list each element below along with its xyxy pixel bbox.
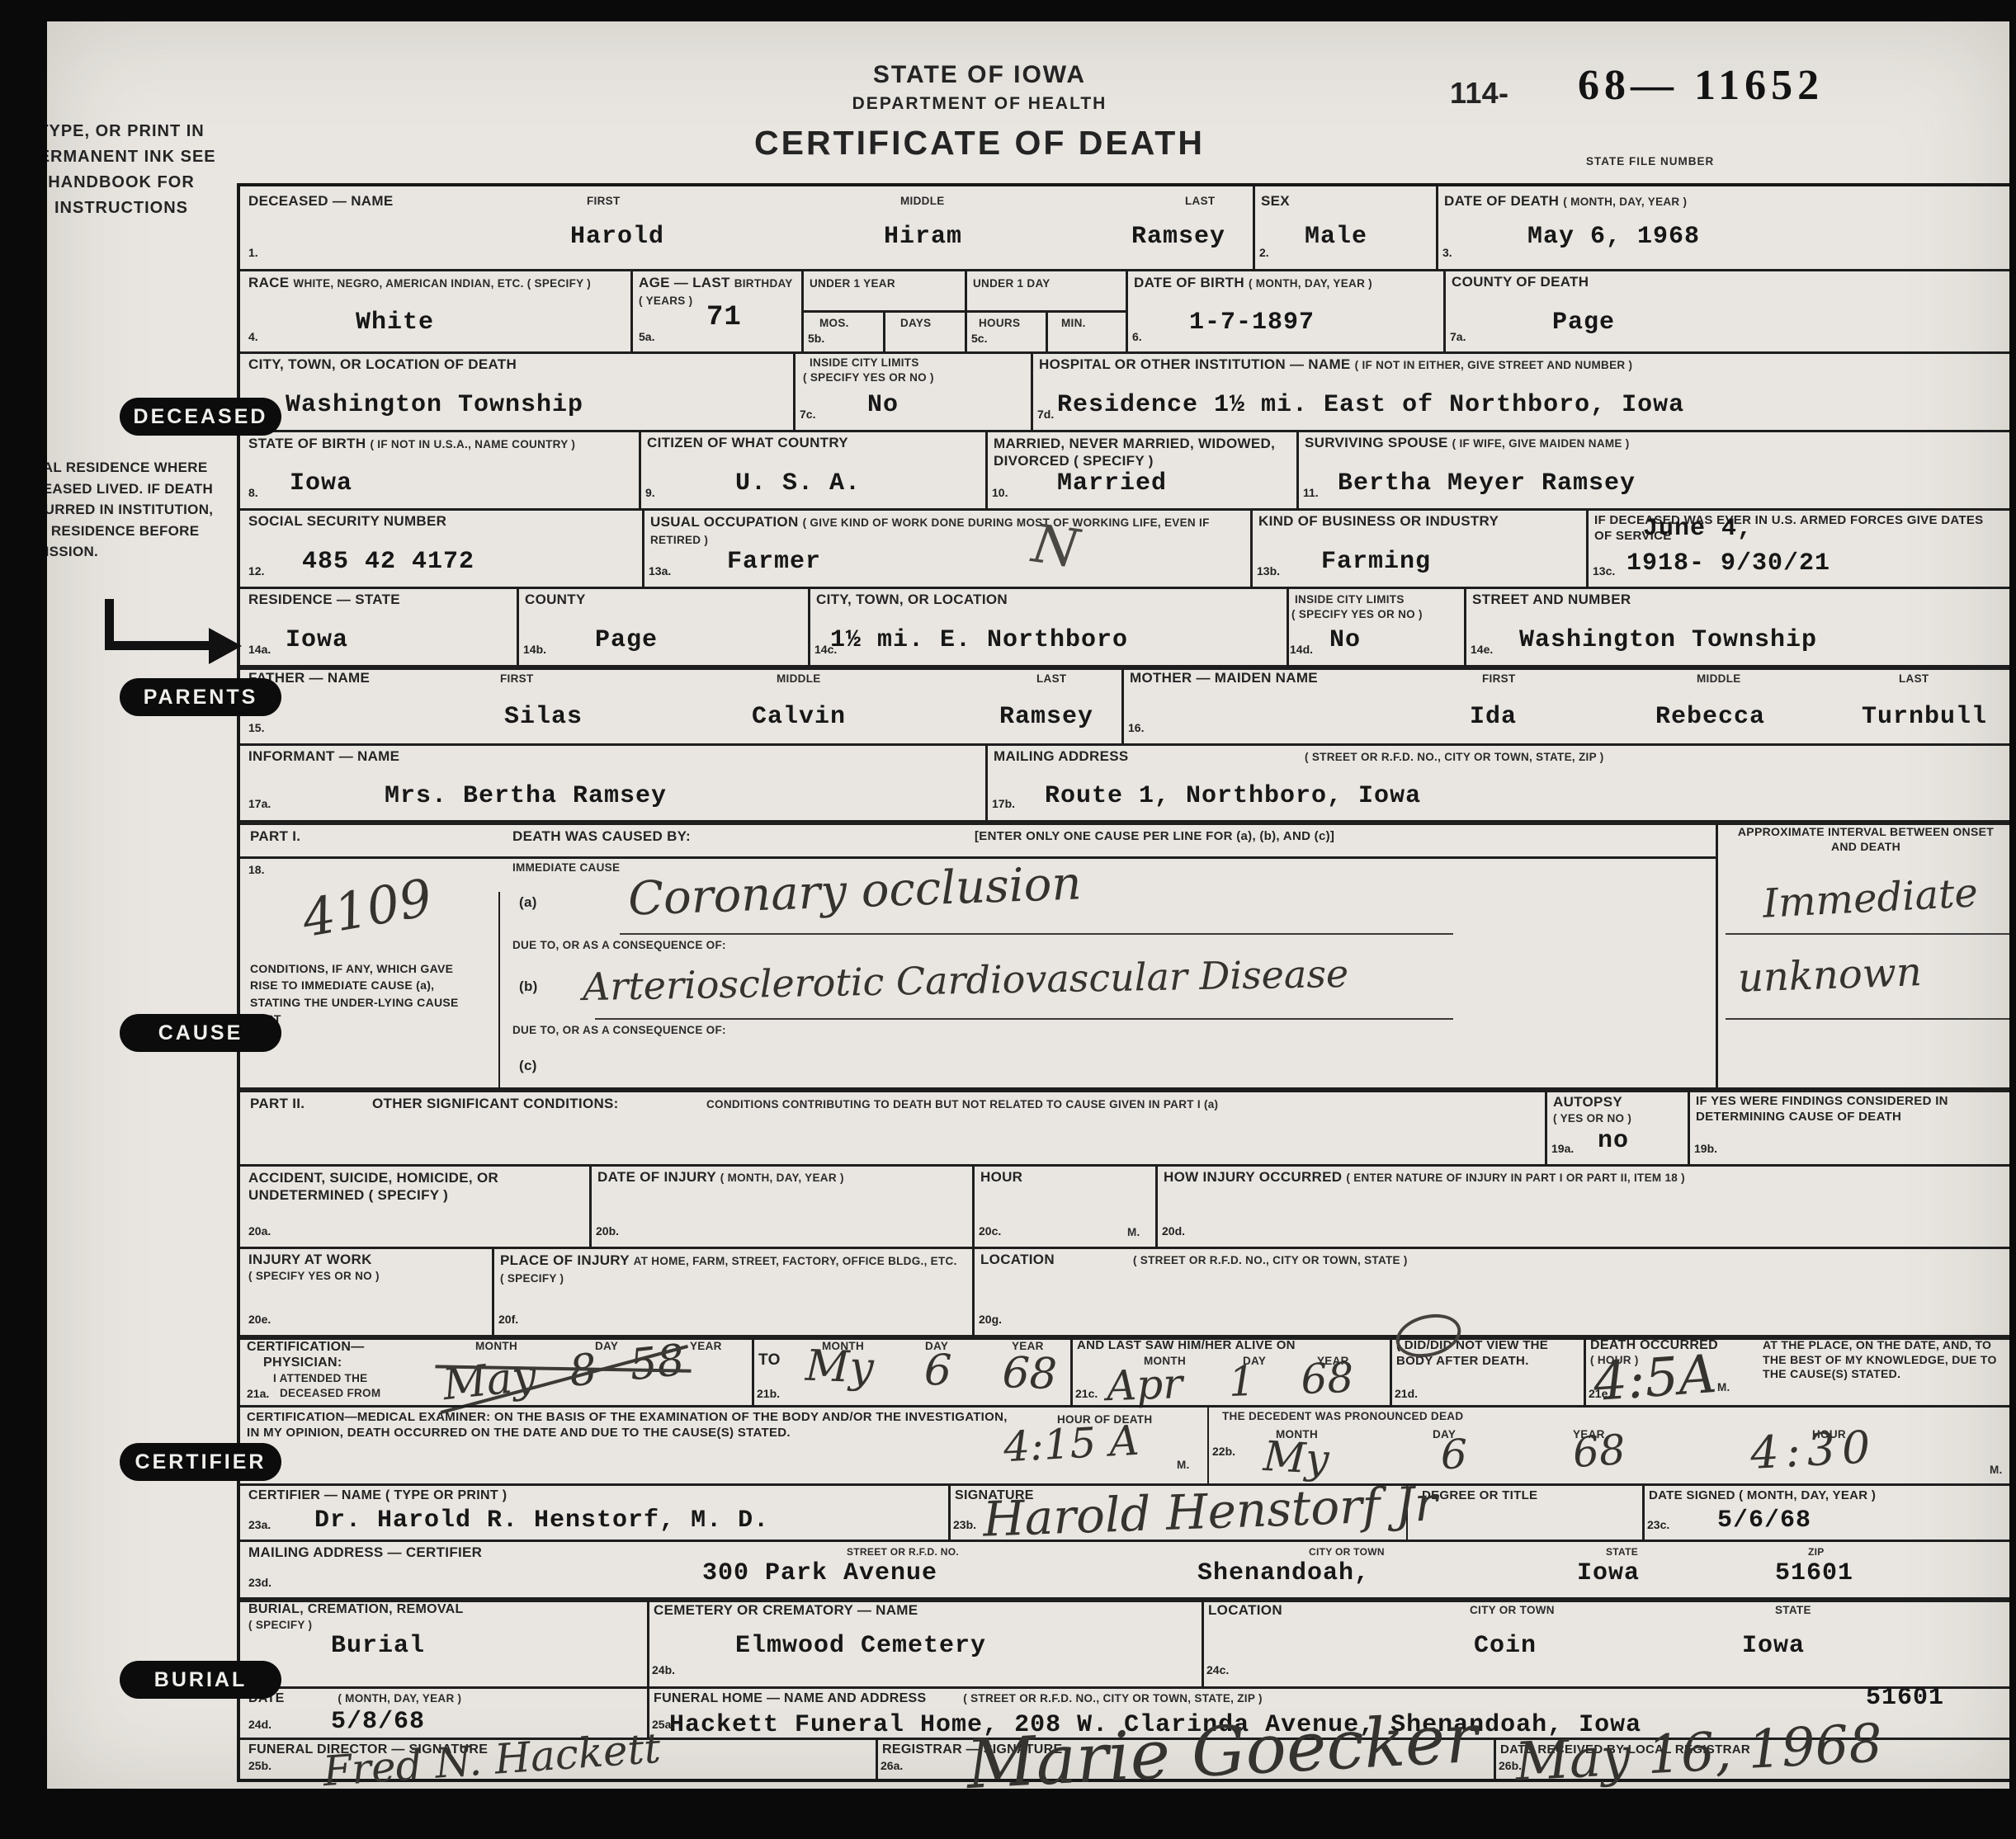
- field-number: 21c.: [1075, 1387, 1098, 1400]
- pronounced-month-value: My: [1263, 1432, 1330, 1483]
- state-header: STATE: [1775, 1604, 1811, 1616]
- disposition-value: Burial: [331, 1632, 425, 1660]
- tab-burial: BURIAL: [120, 1661, 281, 1699]
- hospital-sublabel: ( IF NOT IN EITHER, GIVE STREET AND NUMB…: [1355, 359, 1633, 371]
- mother-middle: Rebecca: [1655, 703, 1765, 731]
- pronounced-dead-label: THE DECEDENT WAS PRONOUNCED DEAD: [1222, 1410, 1463, 1422]
- pronounced-year-value: 68: [1571, 1426, 1627, 1477]
- deceased-last-name: Ramsey: [1131, 223, 1225, 251]
- father-first: Silas: [504, 703, 583, 731]
- divider: [1031, 351, 1033, 430]
- city-header: CITY OR TOWN: [1309, 1546, 1385, 1558]
- residence-city-value: 1½ mi. E. Northboro: [830, 626, 1128, 654]
- scanned-death-certificate: STATE OF IOWA DEPARTMENT OF HEALTH CERTI…: [0, 0, 2016, 1839]
- cemetery-city-value: Coin: [1474, 1632, 1537, 1660]
- autopsy-value: no: [1598, 1127, 1629, 1155]
- city-of-death-label: CITY, TOWN, OR LOCATION OF DEATH: [248, 356, 517, 373]
- divider: [240, 856, 1716, 859]
- funeral-home-sublabel: ( STREET OR R.F.D. NO., CITY OR TOWN, ST…: [963, 1692, 1263, 1705]
- place-of-injury-label: PLACE OF INJURY AT HOME, FARM, STREET, F…: [500, 1252, 962, 1287]
- field-number: 21e.: [1589, 1387, 1611, 1400]
- divider: [1126, 269, 1128, 351]
- certificate-paper: STATE OF IOWA DEPARTMENT OF HEALTH CERTI…: [47, 21, 2009, 1789]
- field-number: 17a.: [248, 797, 271, 810]
- how-injury-label: HOW INJURY OCCURRED ( ENTER NATURE OF IN…: [1164, 1169, 1685, 1186]
- inside-city-limits-sublabel: ( SPECIFY YES OR NO ): [803, 371, 934, 384]
- divider: [1121, 665, 1124, 743]
- last-saw-alive-label: AND LAST SAW HIM/HER ALIVE ON: [1077, 1338, 1382, 1354]
- certifier-address-label: MAILING ADDRESS — CERTIFIER: [248, 1544, 482, 1561]
- part1-heading: DEATH WAS CAUSED BY:: [512, 828, 691, 845]
- state-of-birth-sublabel: ( IF NOT IN U.S.A., NAME COUNTRY ): [370, 438, 575, 450]
- field-number: 20e.: [248, 1313, 271, 1326]
- divider: [240, 1597, 2013, 1602]
- due-to-label: DUE TO, OR AS A CONSEQUENCE OF:: [512, 939, 726, 951]
- date-of-birth-label: DATE OF BIRTH ( MONTH, DAY, YEAR ): [1134, 274, 1431, 291]
- cause-c-marker: (c): [519, 1058, 537, 1074]
- cemetery-location-label: LOCATION: [1208, 1602, 1282, 1619]
- divider: [589, 1164, 592, 1247]
- field-number: 9.: [645, 486, 655, 499]
- residence-limits-value: No: [1329, 626, 1361, 654]
- part2-label: PART II.: [250, 1096, 305, 1112]
- mother-first: Ida: [1470, 703, 1517, 731]
- first-header: FIRST: [587, 195, 621, 207]
- degree-or-title-label: DEGREE OR TITLE: [1422, 1488, 1537, 1502]
- cause-a-value: Coronary occlusion: [627, 856, 1082, 926]
- date-of-death-label-text: DATE OF DEATH: [1444, 193, 1559, 209]
- scan-edge-right: [2009, 0, 2016, 1839]
- divider: [801, 310, 1126, 313]
- field-number: 23d.: [248, 1576, 271, 1589]
- informant-label: INFORMANT — NAME: [248, 748, 399, 765]
- residence-street-label: STREET AND NUMBER: [1472, 592, 1631, 608]
- divider: [240, 587, 2013, 589]
- deceased-first-name: Harold: [570, 223, 664, 251]
- certifier-signature: Harold Henstorf Jr: [982, 1475, 1438, 1547]
- residence-street-value: Washington Township: [1519, 626, 1817, 654]
- cause-a-marker: (a): [519, 894, 537, 911]
- pronounced-hour-value: 4:30: [1749, 1421, 1877, 1479]
- residence-county-label: COUNTY: [525, 592, 586, 608]
- first-header: FIRST: [1482, 672, 1516, 685]
- divider: [1545, 1087, 1547, 1164]
- field-number: 14e.: [1471, 643, 1493, 656]
- autopsy-sublabel: ( YES OR NO ): [1553, 1112, 1631, 1125]
- county-of-death-value: Page: [1552, 309, 1615, 337]
- date-of-death-value: May 6, 1968: [1527, 223, 1700, 251]
- hospital-label-text: HOSPITAL OR OTHER INSTITUTION — NAME: [1039, 356, 1351, 372]
- pronounced-day-value: 6: [1441, 1431, 1467, 1478]
- residence-state-value: Iowa: [286, 626, 348, 654]
- zip-header: ZIP: [1808, 1546, 1825, 1558]
- field-number: 5b.: [808, 332, 824, 345]
- occupation-label: USUAL OCCUPATION ( GIVE KIND OF WORK DON…: [650, 513, 1228, 549]
- divider: [972, 1164, 975, 1247]
- field-number: 2.: [1259, 246, 1269, 259]
- department-heading: DEPARTMENT OF HEALTH: [748, 94, 1211, 114]
- middle-header: MIDDLE: [777, 672, 821, 685]
- attended-label2: DECEASED FROM: [280, 1387, 380, 1399]
- armed-forces-value-top: June 4,: [1643, 515, 1753, 543]
- field-number: 14c.: [814, 643, 837, 656]
- divider: [240, 351, 2013, 354]
- tab-parents: PARENTS: [120, 678, 281, 716]
- divider: [808, 587, 810, 665]
- surviving-spouse-label: SURVIVING SPOUSE ( IF WIFE, GIVE MAIDEN …: [1305, 435, 1630, 451]
- age-value: 71: [706, 302, 742, 333]
- certificate-form: DECEASED — NAME FIRST MIDDLE LAST 1. Har…: [237, 183, 2016, 1782]
- min-header: MIN.: [1061, 317, 1086, 329]
- to-label: TO: [758, 1351, 781, 1370]
- state-of-birth-label-text: STATE OF BIRTH: [248, 436, 366, 451]
- cemetery-label: CEMETERY OR CREMATORY — NAME: [654, 1602, 918, 1619]
- disposition-sublabel: ( SPECIFY ): [248, 1619, 312, 1631]
- hospital-label: HOSPITAL OR OTHER INSTITUTION — NAME ( I…: [1039, 356, 1632, 373]
- attended-label: I ATTENDED THE: [273, 1372, 367, 1384]
- injury-location-sublabel: ( STREET OR R.F.D. NO., CITY OR TOWN, ST…: [1133, 1254, 1408, 1266]
- field-number: 23b.: [953, 1518, 976, 1531]
- divider: [240, 743, 2013, 746]
- death-occurred-hour-value: 4:5A: [1592, 1344, 1719, 1413]
- divider: [240, 1405, 2013, 1408]
- field-number: 7a.: [1450, 330, 1466, 343]
- divider: [985, 743, 988, 820]
- middle-header: MIDDLE: [1697, 672, 1741, 685]
- deceased-middle-name: Hiram: [884, 223, 962, 251]
- scan-edge-top: [0, 0, 2016, 21]
- divider: [1390, 1335, 1392, 1405]
- meridiem-label: M.: [1127, 1226, 1140, 1238]
- accident-label: ACCIDENT, SUICIDE, HOMICIDE, OR UNDETERM…: [248, 1169, 578, 1205]
- cemetery-value: Elmwood Cemetery: [735, 1632, 986, 1660]
- hour-of-death-value: 4:15 A: [1003, 1417, 1140, 1472]
- date-of-birth-value: 1-7-1897: [1189, 309, 1315, 337]
- marital-status-label: MARRIED, NEVER MARRIED, WIDOWED, DIVORCE…: [994, 435, 1282, 470]
- cause-b-marker: (b): [519, 978, 538, 995]
- divider: [642, 508, 644, 587]
- field-number: 20g.: [979, 1313, 1002, 1326]
- physician-cert-label: CERTIFICATION—: [247, 1340, 365, 1355]
- days-header: DAYS: [900, 317, 931, 329]
- field-number: 25b.: [248, 1759, 271, 1772]
- certificate-title: CERTIFICATE OF DEATH: [699, 124, 1260, 163]
- scan-edge-bottom: [0, 1789, 2016, 1839]
- divider: [1642, 1483, 1645, 1540]
- interval-b-value: unknown: [1737, 949, 1923, 1002]
- divider: [639, 430, 641, 508]
- last-header: LAST: [1036, 672, 1066, 685]
- divider: [1716, 820, 1718, 1087]
- hours-header: HOURS: [979, 317, 1020, 329]
- armed-forces-value-bottom: 1918- 9/30/21: [1626, 549, 1830, 578]
- date-of-birth-sublabel: ( MONTH, DAY, YEAR ): [1249, 277, 1372, 290]
- under-1-year-label: UNDER 1 YEAR: [810, 277, 895, 290]
- divider: [1726, 1018, 2013, 1020]
- injury-hour-label: HOUR: [980, 1169, 1022, 1186]
- divider: [1070, 1335, 1073, 1405]
- field-number: 7c.: [800, 408, 815, 421]
- funeral-home-label-text: FUNERAL HOME — NAME AND ADDRESS: [654, 1691, 927, 1705]
- divider: [985, 430, 988, 508]
- injury-date-label: DATE OF INJURY ( MONTH, DAY, YEAR ): [597, 1169, 844, 1186]
- certifier-street-value: 300 Park Avenue: [702, 1559, 937, 1587]
- year-header: YEAR: [690, 1340, 722, 1352]
- divider: [1584, 1335, 1586, 1405]
- residence-arrow-shaft: [105, 641, 212, 650]
- certifier-name-value: Dr. Harold R. Henstorf, M. D.: [314, 1507, 769, 1535]
- divider: [876, 1738, 878, 1779]
- autopsy-findings-label: IF YES WERE FINDINGS CON­SIDERED IN DETE…: [1696, 1094, 2005, 1125]
- tab-cause: CAUSE: [120, 1014, 281, 1052]
- field-number: 17b.: [992, 797, 1015, 810]
- interval-label: APPROXIMATE INTERVAL BETWEEN ONSET AND D…: [1726, 825, 2006, 854]
- injury-date-sublabel: ( MONTH, DAY, YEAR ): [720, 1172, 844, 1184]
- part1-note: [ENTER ONLY ONE CAUSE PER LINE FOR (a), …: [975, 829, 1334, 843]
- field-number: 21d.: [1395, 1387, 1418, 1400]
- divider: [595, 1018, 1453, 1020]
- age-label-text: AGE — LAST: [639, 275, 730, 290]
- burial-date-value: 5/8/68: [331, 1708, 425, 1736]
- surviving-spouse-value: Bertha Meyer Ramsey: [1338, 469, 1636, 497]
- field-number: 13a.: [649, 564, 671, 578]
- part2-heading: OTHER SIGNIFICANT CONDITIONS:: [372, 1096, 619, 1112]
- field-number: 19b.: [1694, 1142, 1717, 1155]
- divider: [1726, 933, 2013, 935]
- field-number: 18.: [248, 863, 264, 876]
- part1-conditions-note: CONDITIONS, IF ANY, WHICH GAVE RISE TO I…: [250, 960, 481, 1027]
- field-number: 23a.: [248, 1518, 271, 1531]
- field-number: 10.: [992, 486, 1008, 499]
- field-number: 20d.: [1162, 1224, 1185, 1238]
- field-number: 7d.: [1037, 408, 1054, 421]
- attended-to-value: My 6 68: [805, 1342, 1058, 1400]
- divider: [883, 310, 885, 351]
- field-number: 13c.: [1593, 564, 1615, 578]
- date-of-birth-label-text: DATE OF BIRTH: [1134, 275, 1244, 290]
- divider: [240, 1335, 2013, 1340]
- injury-at-work-label: INJURY AT WORK: [248, 1252, 372, 1268]
- field-number: 21a.: [247, 1387, 269, 1400]
- divider: [793, 351, 796, 430]
- race-value: White: [356, 309, 434, 337]
- inside-city-limits-label: INSIDE CITY LIMITS: [810, 356, 919, 369]
- surviving-spouse-sublabel: ( IF WIFE, GIVE MAIDEN NAME ): [1452, 437, 1630, 450]
- part2-note: CONDITIONS CONTRIBUTING TO DEATH BUT NOT…: [706, 1098, 1218, 1110]
- divider: [1443, 269, 1446, 351]
- sex-label: SEX: [1261, 193, 1290, 210]
- state-of-birth-value: Iowa: [290, 469, 352, 497]
- deceased-name-label: DECEASED — NAME: [248, 193, 393, 210]
- certifier-zip-value: 51601: [1775, 1559, 1853, 1587]
- citizen-value: U. S. A.: [735, 469, 861, 497]
- handwritten-code: 4109: [298, 867, 437, 949]
- cause-b-value: Arteriosclerotic Cardiovascular Disease: [583, 951, 1349, 1009]
- divider: [240, 1247, 2013, 1249]
- meridiem-label: M.: [1717, 1381, 1730, 1393]
- divider: [1586, 508, 1589, 587]
- field-number: 11.: [1303, 486, 1319, 499]
- residence-county-value: Page: [595, 626, 658, 654]
- divider: [1155, 1164, 1158, 1247]
- injury-at-work-sublabel: ( SPECIFY YES OR NO ): [248, 1270, 380, 1282]
- divider: [517, 587, 519, 665]
- residence-limits-label: INSIDE CITY LIMITS: [1295, 593, 1405, 606]
- autopsy-label: AUTOPSY: [1553, 1094, 1622, 1110]
- last-saw-alive-value: Apr 1 68: [1106, 1354, 1354, 1410]
- under-1-day-label: UNDER 1 DAY: [973, 277, 1050, 290]
- part1-label: PART I.: [250, 828, 300, 845]
- divider: [240, 1164, 2013, 1167]
- divider: [965, 269, 967, 351]
- interval-a-value: Immediate: [1762, 870, 1979, 927]
- divider: [240, 665, 2013, 670]
- date-of-death-label: DATE OF DEATH ( MONTH, DAY, YEAR ): [1444, 193, 1687, 210]
- divider: [240, 820, 2013, 825]
- race-label-text: RACE: [248, 275, 289, 290]
- state-of-birth-label: STATE OF BIRTH ( IF NOT IN U.S.A., NAME …: [248, 435, 628, 452]
- field-number: 24d.: [248, 1718, 271, 1731]
- handwritten-mark: N: [1028, 513, 1083, 580]
- state-heading: STATE OF IOWA: [748, 61, 1211, 89]
- divider: [1253, 186, 1255, 269]
- divider: [240, 1686, 2013, 1689]
- race-sublabel: WHITE, NEGRO, AMERICAN INDIAN, ETC. ( SP…: [293, 277, 591, 290]
- divider: [630, 269, 633, 351]
- divider: [240, 430, 2013, 432]
- place-date-note: AT THE PLACE, ON THE DATE, AND, TO THE B…: [1763, 1338, 2006, 1382]
- field-number: 5a.: [639, 330, 654, 343]
- divider: [240, 1087, 2013, 1092]
- field-number: 13b.: [1257, 564, 1280, 578]
- mother-name-label: MOTHER — MAIDEN NAME: [1130, 670, 1318, 686]
- injury-location-label-text: LOCATION: [980, 1252, 1055, 1267]
- street-header: STREET OR R.F.D. NO.: [847, 1546, 959, 1558]
- months-header: MOS.: [819, 317, 849, 329]
- field-number: 24b.: [652, 1663, 675, 1676]
- field-number: 24c.: [1206, 1663, 1229, 1676]
- residence-limits-sublabel: ( SPECIFY YES OR NO ): [1291, 608, 1423, 620]
- last-header: LAST: [1185, 195, 1215, 207]
- state-file-number: 68— 11652: [1578, 61, 1824, 110]
- father-last: Ramsey: [999, 703, 1093, 731]
- field-number: 4.: [248, 330, 258, 343]
- date-signed-value: 5/6/68: [1717, 1507, 1811, 1535]
- funeral-home-label: FUNERAL HOME — NAME AND ADDRESS ( STREET…: [654, 1691, 1263, 1706]
- tab-deceased: DECEASED: [120, 398, 281, 436]
- occupation-label-text: USUAL OCCUPATION: [650, 514, 799, 530]
- certifier-state-value: Iowa: [1577, 1559, 1640, 1587]
- surviving-spouse-label-text: SURVIVING SPOUSE: [1305, 435, 1448, 450]
- middle-header: MIDDLE: [900, 195, 945, 207]
- citizen-label: CITIZEN OF WHAT COUNTRY: [647, 435, 848, 451]
- field-number: 1.: [248, 246, 258, 259]
- field-number: 14d.: [1290, 643, 1313, 656]
- residence-city-label: CITY, TOWN, OR LOCATION: [816, 592, 1008, 608]
- burial-date-label: DATE ( MONTH, DAY, YEAR ): [248, 1691, 461, 1706]
- mother-last: Turnbull: [1862, 703, 1987, 731]
- field-number: 3.: [1442, 246, 1452, 259]
- divider: [1207, 1405, 1209, 1483]
- how-injury-label-text: HOW INJURY OCCURRED: [1164, 1169, 1342, 1185]
- city-of-death-value: Washington Township: [286, 391, 583, 419]
- industry-label: KIND OF BUSINESS OR INDUSTRY: [1258, 513, 1499, 530]
- informant-address-sublabel: ( STREET OR R.F.D. NO., CITY OR TOWN, ST…: [1305, 751, 1604, 763]
- divider: [620, 933, 1453, 935]
- file-number-prefix: 114-: [1450, 76, 1508, 111]
- field-number: 22b.: [1212, 1445, 1235, 1458]
- marital-status-value: Married: [1057, 469, 1167, 497]
- residence-state-label: RESIDENCE — STATE: [248, 592, 400, 608]
- divider: [1296, 430, 1299, 508]
- divider: [492, 1247, 494, 1335]
- meridiem-label: M.: [1177, 1459, 1190, 1471]
- date-signed-label: DATE SIGNED ( MONTH, DAY, YEAR ): [1649, 1488, 1876, 1502]
- informant-address-label: MAILING ADDRESS: [994, 748, 1129, 765]
- field-number: 20c.: [979, 1224, 1001, 1238]
- field-number: 19a.: [1551, 1142, 1574, 1155]
- field-number: 20f.: [498, 1313, 518, 1326]
- field-number: 15.: [248, 721, 264, 734]
- divider: [240, 508, 2013, 511]
- informant-value: Mrs. Bertha Ramsey: [385, 782, 667, 810]
- divider: [1436, 186, 1438, 269]
- burial-date-sublabel: ( MONTH, DAY, YEAR ): [338, 1692, 461, 1705]
- divider: [752, 1335, 754, 1405]
- certifier-city-value: Shenandoah,: [1197, 1559, 1370, 1587]
- last-header: LAST: [1899, 672, 1929, 685]
- field-number: 5c.: [971, 332, 987, 345]
- tab-certifier: CERTIFIER: [120, 1443, 281, 1481]
- divider: [1250, 508, 1253, 587]
- divider: [1688, 1087, 1690, 1164]
- divider: [498, 892, 500, 1087]
- place-of-injury-label-text: PLACE OF INJURY: [500, 1252, 630, 1268]
- divider: [647, 1597, 649, 1686]
- scan-edge-left: [0, 0, 47, 1839]
- injury-date-label-text: DATE OF INJURY: [597, 1169, 716, 1185]
- ssn-value: 485 42 4172: [302, 548, 474, 576]
- field-number: 8.: [248, 486, 258, 499]
- divider: [948, 1483, 951, 1540]
- field-number: 14a.: [248, 643, 271, 656]
- month-header: MONTH: [475, 1340, 517, 1352]
- cemetery-state-value: Iowa: [1742, 1632, 1805, 1660]
- divider: [972, 1247, 975, 1335]
- field-number: 12.: [248, 564, 264, 578]
- medical-examiner-cert-label: CERTIFICATION—MEDICAL EXAMINER: ON THE B…: [247, 1410, 1014, 1441]
- residence-arrow-head: [209, 628, 242, 664]
- informant-address-value: Route 1, Northboro, Iowa: [1045, 782, 1421, 810]
- inside-city-limits-value: No: [867, 391, 899, 419]
- how-injury-sublabel: ( ENTER NATURE OF INJURY IN PART I OR PA…: [1346, 1172, 1685, 1184]
- field-number: 23c.: [1647, 1518, 1669, 1531]
- immediate-cause-label: IMMEDIATE CAUSE: [512, 861, 620, 874]
- field-number: 21b.: [757, 1387, 780, 1400]
- ssn-label: SOCIAL SECURITY NUMBER: [248, 513, 446, 530]
- field-number: 26a.: [881, 1759, 903, 1772]
- state-header: STATE: [1606, 1546, 1638, 1558]
- due-to-label: DUE TO, OR AS A CONSEQUENCE OF:: [512, 1024, 726, 1036]
- divider: [1287, 587, 1289, 665]
- physician-cert-label2: PHYSICIAN:: [263, 1356, 342, 1370]
- industry-value: Farming: [1321, 548, 1431, 576]
- sex-value: Male: [1305, 223, 1367, 251]
- divider: [1202, 1597, 1204, 1686]
- occupation-value: Farmer: [727, 548, 821, 576]
- field-number: 14b.: [523, 643, 546, 656]
- race-label: RACE WHITE, NEGRO, AMERICAN INDIAN, ETC.…: [248, 274, 611, 291]
